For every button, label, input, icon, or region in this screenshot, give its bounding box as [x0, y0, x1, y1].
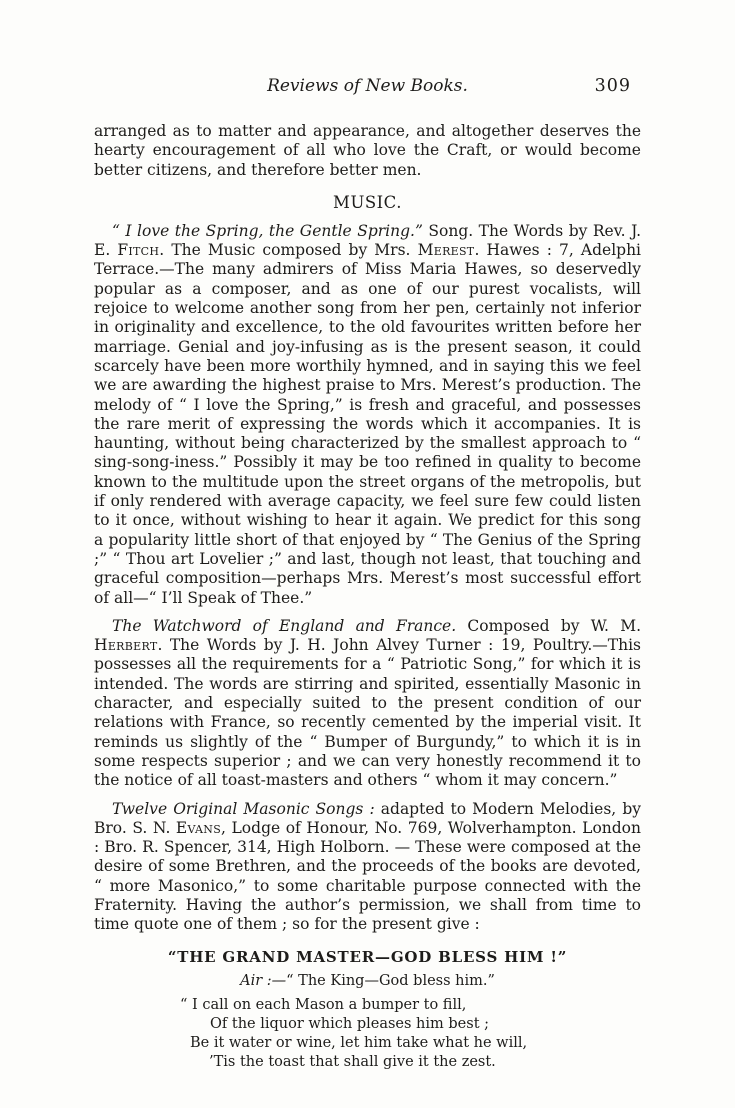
- song-block: “THE GRAND MASTER—GOD BLESS HIM !” Air :…: [94, 948, 641, 1072]
- verse-line-4: ’Tis the toast that shall give it the ze…: [180, 1053, 641, 1072]
- review-1-text-b: . The Music composed by Mrs.: [159, 241, 417, 259]
- review-2-work-title: The Watchword of England and France.: [112, 617, 456, 635]
- review-paragraph-watchword: The Watchword of England and France. Com…: [94, 617, 641, 791]
- review-2-text-b: . The Words by J. H. John Alvey Turner :…: [94, 636, 641, 789]
- page-number: 309: [595, 76, 631, 96]
- song-title: “THE GRAND MASTER—GOD BLESS HIM !”: [94, 948, 641, 967]
- song-verse: “ I call on each Mason a bumper to fill,…: [180, 996, 641, 1072]
- song-air-label: Air :—: [240, 973, 286, 989]
- song-air-line: Air :—“ The King—God bless him.”: [94, 972, 641, 990]
- review-1-name-merest: Merest: [418, 241, 475, 259]
- verse-line-1: “ I call on each Mason a bumper to fill,: [180, 996, 641, 1015]
- review-2-text-a: Composed by W. M.: [456, 617, 641, 635]
- song-air-text: “ The King—God bless him.”: [286, 973, 495, 989]
- book-page: Reviews of New Books. 309 arranged as to…: [0, 0, 735, 1108]
- review-3-name-evans: Evans: [176, 819, 221, 837]
- review-1-text-c: . Hawes : 7, Adelphi Terrace.—The many a…: [94, 241, 641, 606]
- review-paragraph-masonic-songs: Twelve Original Masonic Songs : adapted …: [94, 800, 641, 935]
- section-heading-music: MUSIC.: [94, 193, 641, 213]
- running-header: Reviews of New Books. 309: [94, 0, 641, 96]
- review-2-name-herbert: Herbert: [94, 636, 157, 654]
- review-1-work-title: “ I love the Spring, the Gentle Spring.”: [112, 222, 423, 240]
- verse-line-3: Be it water or wine, let him take what h…: [180, 1034, 641, 1053]
- running-header-title: Reviews of New Books.: [267, 76, 468, 96]
- page-content: arranged as to matter and appearance, an…: [94, 122, 641, 1072]
- intro-paragraph: arranged as to matter and appearance, an…: [94, 122, 641, 180]
- review-1-name-fitch: Fitch: [117, 241, 159, 259]
- review-3-work-title: Twelve Original Masonic Songs :: [112, 800, 375, 818]
- verse-line-2: Of the liquor which pleases him best ;: [180, 1015, 641, 1034]
- review-paragraph-spring-song: “ I love the Spring, the Gentle Spring.”…: [94, 222, 641, 608]
